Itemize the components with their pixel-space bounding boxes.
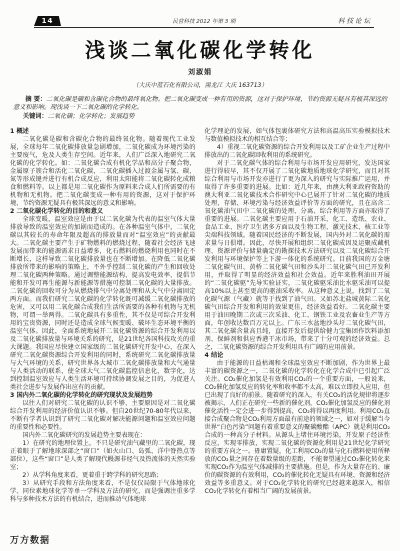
body-paragraph: 2）从学科角度来看，更着重于跨学科的研究思路； bbox=[10, 472, 196, 480]
section-heading: 4 结论 bbox=[205, 352, 391, 360]
article-affiliation: （大庆中蓝石化有限公司，黑龙江 大庆 163713） bbox=[0, 80, 400, 89]
article-author: 刘淑娟 bbox=[0, 67, 400, 77]
abstract-paragraph: 摘 要：二氧化碳是碳和含碳化合物的最终氧化物。把二氧化碳变成一种有用的资源，这对… bbox=[13, 96, 387, 112]
watermark: 万方数据 bbox=[10, 533, 50, 546]
abstract-text: 二氧化碳是碳和含碳化合物的最终氧化物。把二氧化碳变成一种有用的资源，这对于保护环… bbox=[13, 96, 387, 111]
page-header: 14 民营科技 2012 年第 3 期 科技论坛 bbox=[34, 14, 374, 28]
section-heading: 3 国内外二氧化碳的化学转化的研究现状及发展趋势 bbox=[10, 392, 196, 400]
section-heading: 1 概述 bbox=[10, 128, 196, 136]
body-paragraph: 国内外二氧化碳研究的发展趋势主要表现在： bbox=[10, 432, 196, 440]
article-body: 1 概述二氧化碳是碳和含碳化合物的最终氧化物。随着现代工业发展，全球每年二氧化碳… bbox=[10, 128, 390, 504]
body-paragraph: 以往人们对研究二氧化碳的认识不够，主要原因是对二氧化碳综合开发利用的经济价值认识… bbox=[10, 400, 196, 432]
article-title: 浅谈二氧化碳化学转化 bbox=[0, 34, 400, 63]
keywords-label: 关键词： bbox=[23, 113, 48, 120]
section-heading: 2 二氧化碳化学转化的目的和意义 bbox=[10, 208, 196, 216]
body-paragraph: 对于二氧化碳气体的综合利用与市场开发应用研究，发达国家进行得较早，其不仅开展了二… bbox=[205, 160, 391, 352]
body-paragraph: 二氧化碳是碳和含碳化合物的最终氧化物。随着现代工业发展，全球每年二氧化碳排放量急… bbox=[10, 136, 196, 208]
body-paragraph: 由于能源的日益枯竭和全球温室效应不断加剧，作为世界上最丰富的碳资源之一，二氧化碳… bbox=[205, 360, 391, 496]
right-column: 化学理论的发展，如气体包裹体研究方法和高温高压实验模拟技术与数值模拟技术的相互结… bbox=[205, 128, 391, 504]
keywords-text: 二氧化碳；化学转化；发展趋势 bbox=[48, 113, 135, 120]
body-paragraph: 3）从研究手段和方法角度来看，不是仅仅局限于气体地球化学、同位素地球化学等单一学… bbox=[10, 480, 196, 504]
body-paragraph: 全球变暖，温室效应是由于以二氧化碳为代表的温室气体大量排放导致的温室效应的加剧而… bbox=[10, 216, 196, 392]
body-paragraph: 4）重视二氧化碳资源的综合开发利用以及工矿企业生产过程中排放出的二氧化碳回收利用… bbox=[205, 144, 391, 160]
journal-header: 民营科技 2012 年第 3 期 bbox=[34, 17, 374, 25]
journal-page: 14 民营科技 2012 年第 3 期 科技论坛 浅谈二氧化碳化学转化 刘淑娟 … bbox=[0, 0, 400, 551]
body-paragraph: 1）在研究的地理位置上，不只是研究油气藏里的二氧化碳，现正着眼于了解地球深部之“… bbox=[10, 440, 196, 472]
keywords-line: 关键词：二氧化碳；化学转化；发展趋势 bbox=[13, 113, 387, 121]
abstract-label: 摘 要： bbox=[25, 96, 46, 103]
body-paragraph: 化学理论的发展，如气体包裹体研究方法和高温高压实验模拟技术与数值模拟技术的相互结… bbox=[205, 128, 391, 144]
section-header: 科技论坛 bbox=[338, 16, 372, 25]
left-column: 1 概述二氧化碳是碳和含碳化合物的最终氧化物。随着现代工业发展，全球每年二氧化碳… bbox=[10, 128, 196, 504]
abstract-block: 摘 要：二氧化碳是碳和含碳化合物的最终氧化物。把二氧化碳变成一种有用的资源，这对… bbox=[13, 96, 387, 122]
